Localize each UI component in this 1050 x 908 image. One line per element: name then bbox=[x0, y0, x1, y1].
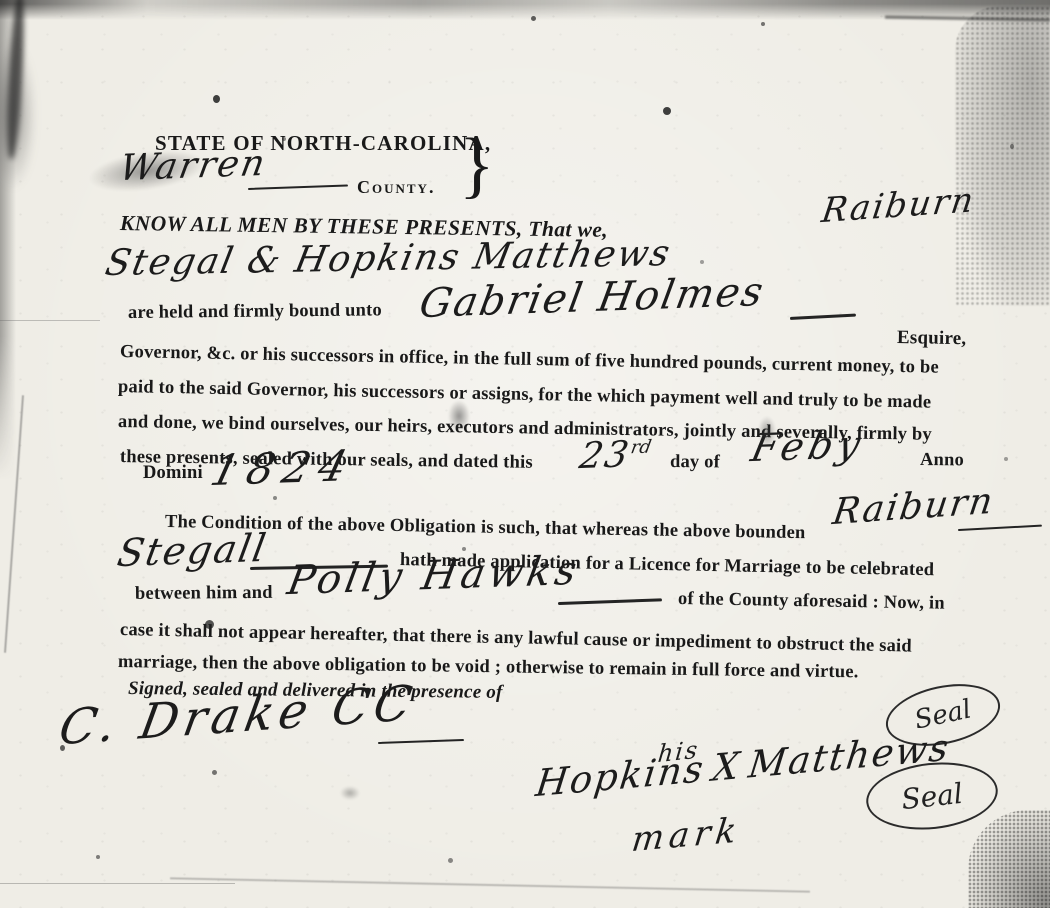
paper-crease-bottom bbox=[170, 877, 810, 892]
speck bbox=[60, 745, 65, 751]
bound-unto-text: are held and firmly bound unto bbox=[128, 300, 382, 324]
speck bbox=[1004, 457, 1008, 461]
header-brace: } bbox=[459, 128, 495, 202]
paper-fold-left bbox=[0, 320, 100, 321]
flourish-line bbox=[378, 739, 464, 744]
county-label: County. bbox=[357, 177, 435, 198]
ink-smudge bbox=[448, 400, 470, 432]
day-suffix: rd bbox=[629, 436, 653, 458]
bride-name-handwritten: Polly Hawks bbox=[284, 548, 584, 605]
flourish-line bbox=[558, 598, 662, 604]
speck bbox=[1010, 144, 1014, 149]
speck bbox=[730, 640, 734, 644]
mark-x: X bbox=[710, 744, 744, 790]
speck bbox=[213, 95, 220, 103]
speck bbox=[531, 16, 536, 21]
speck bbox=[273, 496, 277, 500]
domini-text: Domini bbox=[143, 463, 203, 484]
speck bbox=[205, 620, 214, 629]
mark-text-handwritten: mark bbox=[630, 810, 744, 860]
speck bbox=[212, 770, 217, 775]
speck bbox=[462, 547, 466, 551]
anno-text: Anno bbox=[920, 450, 964, 471]
bond-body-line1: Governor, &c. or his successors in offic… bbox=[120, 342, 939, 379]
paper-fold-bottom-left bbox=[0, 883, 235, 884]
speck bbox=[700, 260, 704, 264]
ink-smudge bbox=[758, 416, 776, 448]
condition-line3-end: of the County aforesaid : Now, in bbox=[678, 589, 945, 615]
esquire-text: Esquire, bbox=[897, 327, 967, 350]
scan-grain-bottom-right bbox=[968, 810, 1050, 908]
day-number: 23 bbox=[576, 434, 633, 477]
county-name-handwritten: Warren bbox=[116, 143, 269, 189]
scan-mottle-top-left bbox=[0, 40, 36, 190]
flourish-line bbox=[790, 314, 856, 320]
seal-bottom-label: Seal bbox=[900, 776, 965, 815]
groom-last-name-handwritten: Stegall bbox=[114, 526, 271, 576]
condition-line3-start: between him and bbox=[135, 583, 273, 605]
year-handwritten: 1824 bbox=[206, 441, 361, 495]
speck bbox=[663, 107, 671, 115]
witness-signature: C. Drake CC bbox=[55, 675, 421, 757]
groom-first-name-handwritten: Raiburn bbox=[830, 480, 997, 533]
speck bbox=[761, 22, 765, 26]
scan-grain-top-right bbox=[955, 6, 1050, 306]
day-number-handwritten: 23rd bbox=[576, 433, 653, 477]
day-of-text: day of bbox=[670, 452, 720, 473]
bond-body-line2: paid to the said Governor, his successor… bbox=[118, 377, 932, 414]
speck bbox=[282, 137, 286, 141]
flourish-line bbox=[248, 185, 348, 190]
flourish-line bbox=[958, 525, 1042, 531]
ink-smudge bbox=[340, 786, 360, 800]
principal-first-name: Hopkins bbox=[533, 747, 707, 805]
scanned-marriage-bond-document: STATE OF NORTH-CAROLINA, } Warren County… bbox=[0, 0, 1050, 908]
speck bbox=[96, 855, 100, 859]
condition-line4: case it shall not appear hereafter, that… bbox=[120, 620, 912, 658]
speck bbox=[448, 858, 453, 863]
